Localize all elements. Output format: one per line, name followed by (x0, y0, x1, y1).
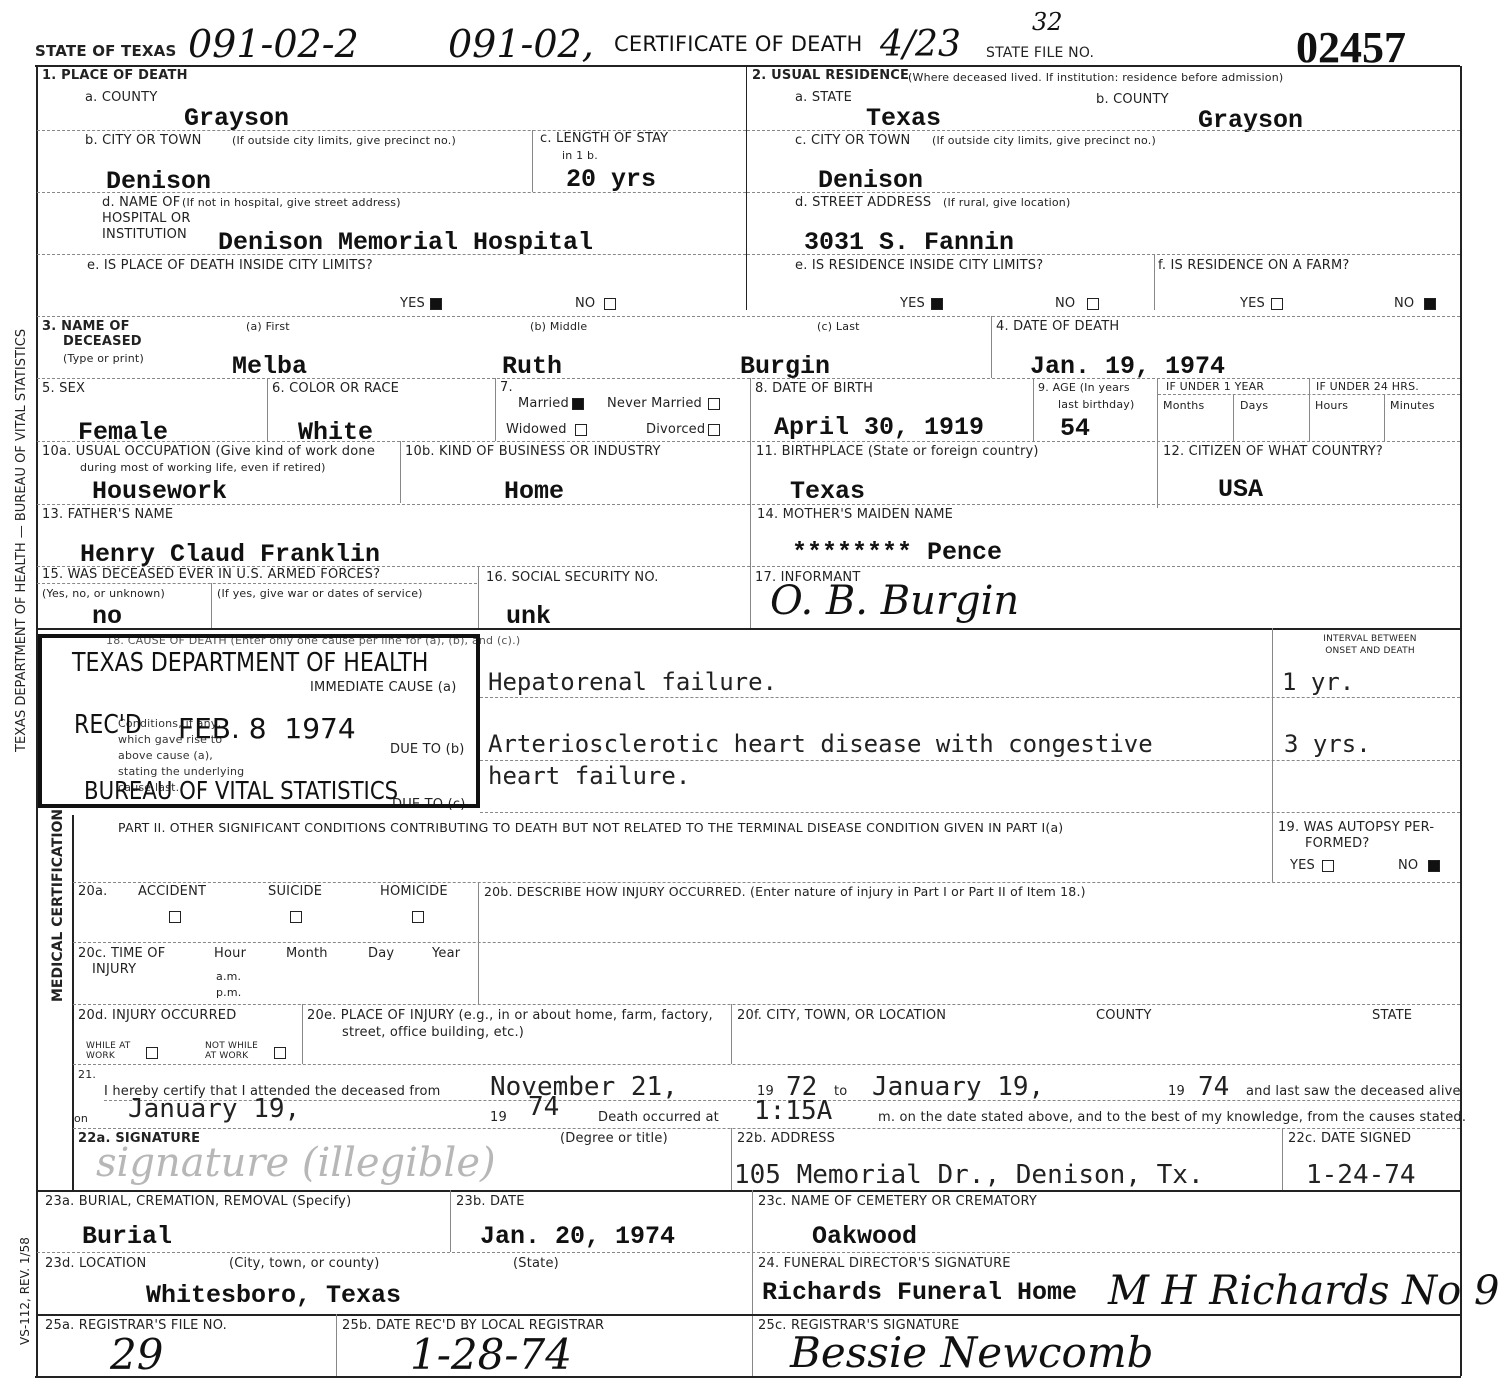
middle-name-value[interactable]: Ruth (502, 352, 562, 381)
registrar-date-value[interactable]: 1-28-74 (410, 1330, 572, 1379)
birthplace-value[interactable]: Texas (790, 477, 865, 506)
sex-value[interactable]: Female (78, 418, 168, 447)
race-label: 6. COLOR OR RACE (272, 381, 399, 396)
citizen-label: 12. CITIZEN OF WHAT COUNTRY? (1163, 444, 1383, 459)
mother-label: 14. MOTHER'S MAIDEN NAME (757, 507, 953, 522)
autopsy-no-checkbox[interactable] (1428, 860, 1440, 872)
time-injury-label: 20c. TIME OF (78, 946, 165, 961)
age-label: 9. AGE (In years (1038, 381, 1130, 394)
due-to-b-interval[interactable]: 3 yrs. (1284, 730, 1371, 758)
injury-county-label: COUNTY (1096, 1008, 1152, 1023)
degree-label: (Degree or title) (560, 1131, 668, 1146)
never-married-checkbox[interactable] (708, 398, 720, 410)
stamp-line-3: BUREAU OF VITAL STATISTICS (84, 776, 398, 805)
widowed-label: Widowed (506, 422, 567, 437)
never-married-label: Never Married (607, 396, 702, 411)
cemetery-label: 23c. NAME OF CEMETERY OR CREMATORY (758, 1194, 1037, 1209)
stay-label: c. LENGTH OF STAY (540, 131, 668, 146)
divorced-label: Divorced (646, 422, 705, 437)
informant-signature[interactable]: O. B. Burgin (770, 578, 1019, 624)
place-of-death-heading: 1. PLACE OF DEATH (42, 68, 188, 83)
under-year-label: IF UNDER 1 YEAR (1166, 380, 1264, 393)
middle-name-label: (b) Middle (530, 320, 587, 333)
inside-limits-label: e. IS PLACE OF DEATH INSIDE CITY LIMITS? (87, 258, 373, 273)
accident-checkbox[interactable] (169, 911, 181, 923)
burial-label: 23a. BURIAL, CREMATION, REMOVAL (Specify… (45, 1194, 351, 1209)
stamp-received: REC'D (74, 710, 142, 740)
armed-forces-label: 15. WAS DECEASED EVER IN U.S. ARMED FORC… (42, 567, 380, 582)
res-inside-no-checkbox[interactable] (1087, 298, 1099, 310)
yes-label: YES (900, 296, 925, 311)
mother-value[interactable]: ******** Pence (792, 538, 1002, 567)
burial-location-value[interactable]: Whitesboro, Texas (146, 1281, 401, 1310)
autopsy-label: 19. WAS AUTOPSY PER- (1278, 820, 1434, 835)
pm-label: p.m. (216, 986, 242, 999)
hospital-note: (If not in hospital, give street address… (182, 196, 401, 209)
location-label: 23d. LOCATION (45, 1256, 146, 1271)
to-word: to (834, 1084, 847, 1099)
year-label: Year (432, 946, 460, 961)
occupation-value[interactable]: Housework (92, 477, 227, 506)
received-stamp: TEXAS DEPARTMENT OF HEALTH REC'D FEB. 8 … (38, 634, 480, 808)
armed-note-2: (If yes, give war or dates of service) (217, 587, 423, 600)
married-label: Married (518, 396, 569, 411)
first-name-label: (a) First (246, 320, 290, 333)
physician-address[interactable]: 105 Memorial Dr., Denison, Tx. (734, 1160, 1204, 1190)
months-label: Months (1163, 399, 1204, 412)
inside-limits-yes-checkbox[interactable] (430, 298, 442, 310)
attended-to-date[interactable]: January 19, (872, 1072, 1044, 1102)
handwritten-date: 4/23 (880, 24, 961, 65)
occupation-label: 10a. USUAL OCCUPATION (Give kind of work… (42, 444, 375, 459)
attended-to-year[interactable]: 74 (1198, 1072, 1229, 1102)
ssn-label: 16. SOCIAL SECURITY NO. (486, 570, 659, 585)
describe-injury-label: 20b. DESCRIBE HOW INJURY OCCURRED. (Ente… (484, 884, 1086, 899)
at-work-checkbox[interactable] (146, 1047, 158, 1059)
yes-label: YES (400, 296, 425, 311)
no-label: NO (1394, 296, 1414, 311)
cert-number: 21. (78, 1068, 96, 1081)
date-of-death-value[interactable]: Jan. 19, 1974 (1030, 352, 1225, 381)
last-name-value[interactable]: Burgin (740, 352, 830, 381)
cemetery-value[interactable]: Oakwood (812, 1222, 917, 1251)
name-label: 3. NAME OF (42, 319, 130, 334)
place-injury-label: 20e. PLACE OF INJURY (e.g., in or about … (307, 1008, 713, 1023)
name-note: (Type or print) (63, 352, 144, 365)
certificate-title: CERTIFICATE OF DEATH (614, 32, 863, 56)
date-signed-value[interactable]: 1-24-74 (1306, 1160, 1416, 1190)
divorced-checkbox[interactable] (708, 424, 720, 436)
sex-label: 5. SEX (42, 381, 85, 396)
county-label: a. COUNTY (85, 90, 157, 105)
inside-limits-no-checkbox[interactable] (604, 298, 616, 310)
at-work-label: WHILE AT WORK (86, 1041, 142, 1061)
stay-note: in 1 b. (562, 149, 598, 162)
disposition-date-value[interactable]: Jan. 20, 1974 (480, 1222, 675, 1251)
business-label: 10b. KIND OF BUSINESS OR INDUSTRY (405, 444, 661, 459)
date-of-death-label: 4. DATE OF DEATH (996, 319, 1119, 334)
funeral-home-value[interactable]: Richards Funeral Home (762, 1278, 1077, 1307)
attended-from-date[interactable]: November 21, (490, 1072, 678, 1102)
first-name-value[interactable]: Melba (232, 352, 307, 381)
time-injury-label-2: INJURY (92, 962, 136, 977)
due-to-b-line2[interactable]: heart failure. (488, 762, 690, 790)
res-state-label: a. STATE (795, 90, 852, 105)
place-injury-note: street, office building, etc.) (342, 1025, 524, 1040)
no-label: NO (575, 296, 595, 311)
burial-value[interactable]: Burial (82, 1222, 172, 1251)
funeral-director-signature[interactable]: M H Richards No 90 (1108, 1268, 1500, 1314)
business-value[interactable]: Home (504, 477, 564, 506)
city-note: (If outside city limits, give precinct n… (232, 134, 456, 147)
immediate-interval-value[interactable]: 1 yr. (1282, 668, 1354, 696)
last-seen-date[interactable]: January 19, (128, 1094, 300, 1124)
age-value[interactable]: 54 (1060, 414, 1090, 443)
not-at-work-label: NOT WHILE AT WORK (205, 1041, 271, 1061)
occupation-note: during most of working life, even if ret… (80, 461, 326, 474)
interval-label: INTERVAL BETWEEN ONSET AND DEATH (1310, 633, 1430, 657)
registrar-file-value[interactable]: 29 (110, 1330, 163, 1379)
farm-label: f. IS RESIDENCE ON A FARM? (1158, 258, 1349, 273)
yes-label: YES (1290, 858, 1315, 873)
label-20a: 20a. (78, 884, 107, 899)
day-label: Day (368, 946, 394, 961)
injury-state-label: STATE (1372, 1008, 1412, 1023)
days-label: Days (1240, 399, 1268, 412)
cert-text-2: and last saw the deceased alive (1246, 1084, 1461, 1099)
residence-note: (Where deceased lived. If institution: r… (908, 71, 1283, 84)
name-label-2: DECEASED (63, 334, 142, 349)
due-to-b-line1[interactable]: Arteriosclerotic heart disease with cong… (488, 730, 1153, 758)
ssn-value[interactable]: unk (506, 602, 551, 631)
res-city-value[interactable]: Denison (818, 166, 923, 195)
not-at-work-checkbox[interactable] (274, 1047, 286, 1059)
age-label-2: last birthday) (1058, 398, 1135, 411)
race-value[interactable]: White (298, 418, 373, 447)
hospital-value[interactable]: Denison Memorial Hospital (218, 228, 593, 257)
homicide-checkbox[interactable] (412, 911, 424, 923)
stamp-date: FEB. 8 1974 (178, 712, 356, 745)
suicide-label: SUICIDE (268, 884, 322, 899)
injury-location-label: 20f. CITY, TOWN, OR LOCATION (737, 1008, 946, 1023)
immediate-cause-value[interactable]: Hepatorenal failure. (488, 668, 777, 696)
registrar-signature[interactable]: Bessie Newcomb (790, 1328, 1154, 1377)
city-label: b. CITY OR TOWN (85, 133, 202, 148)
under-day-label: IF UNDER 24 HRS. (1316, 380, 1419, 393)
hours-label: Hours (1315, 399, 1348, 412)
hour-label: Hour (214, 946, 246, 961)
street-value[interactable]: 3031 S. Fannin (804, 228, 1014, 257)
dob-label: 8. DATE OF BIRTH (755, 381, 873, 396)
autopsy-label-2: FORMED? (1305, 836, 1369, 851)
cert-text-3: m. on the date stated above, and to the … (878, 1110, 1466, 1125)
disposition-date-label: 23b. DATE (456, 1194, 525, 1209)
hospital-label-3: INSTITUTION (102, 227, 187, 242)
hospital-label-2: HOSPITAL OR (102, 211, 191, 226)
hospital-label: d. NAME OF (102, 195, 180, 210)
homicide-label: HOMICIDE (380, 884, 448, 899)
birthplace-label: 11. BIRTHPLACE (State or foreign country… (756, 444, 1039, 459)
armed-note-1: (Yes, no, or unknown) (42, 587, 165, 600)
funeral-director-label: 24. FUNERAL DIRECTOR'S SIGNATURE (758, 1256, 1011, 1271)
physician-signature[interactable]: signature (illegible) (96, 1140, 496, 1186)
father-label: 13. FATHER'S NAME (42, 507, 173, 522)
last-name-label: (c) Last (817, 320, 860, 333)
father-value[interactable]: Henry Claud Franklin (80, 540, 380, 569)
location-state-note: (State) (513, 1256, 559, 1271)
minutes-label: Minutes (1390, 399, 1435, 412)
res-city-label: c. CITY OR TOWN (795, 133, 911, 148)
residence-heading: 2. USUAL RESIDENCE (752, 68, 909, 83)
margin-side-text: TEXAS DEPARTMENT OF HEALTH — BUREAU OF V… (14, 329, 29, 752)
marital-label: 7. (500, 380, 513, 395)
length-of-stay-value[interactable]: 20 yrs (566, 165, 656, 194)
state-file-label: STATE FILE NO. (986, 45, 1094, 61)
time-of-death[interactable]: 1:15A (754, 1096, 832, 1126)
res-city-note: (If outside city limits, give precinct n… (932, 134, 1156, 147)
res-county-label: b. COUNTY (1096, 92, 1169, 107)
widowed-checkbox[interactable] (575, 424, 587, 436)
no-label: NO (1398, 858, 1418, 873)
yes-label: YES (1240, 296, 1265, 311)
form-number: VS-112, REV. 1/58 (18, 1237, 32, 1345)
res-inside-yes-checkbox[interactable] (931, 298, 943, 310)
medical-certification-label: MEDICAL CERTIFICATION (50, 809, 66, 1002)
no-label: NO (1055, 296, 1075, 311)
handwritten-code-2: 091-02, (448, 22, 594, 66)
state-label: STATE OF TEXAS (35, 42, 177, 60)
handwritten-code-1: 091-02-2 (188, 22, 359, 66)
res-state-value[interactable]: Texas (866, 104, 941, 133)
autopsy-yes-checkbox[interactable] (1322, 860, 1334, 872)
accident-label: ACCIDENT (138, 884, 206, 899)
farm-yes-checkbox[interactable] (1271, 298, 1283, 310)
death-occurred-label: Death occurred at (598, 1110, 719, 1125)
location-note: (City, town, or county) (229, 1256, 379, 1271)
address-label: 22b. ADDRESS (737, 1131, 835, 1146)
street-label: d. STREET ADDRESS (795, 195, 931, 210)
on-word: on (74, 1112, 88, 1125)
month-label: Month (286, 946, 328, 961)
stamp-line-1: TEXAS DEPARTMENT OF HEALTH (72, 648, 428, 678)
street-note: (If rural, give location) (943, 196, 1070, 209)
part2-label: PART II. OTHER SIGNIFICANT CONDITIONS CO… (118, 820, 1063, 835)
married-checkbox[interactable] (572, 398, 584, 410)
nineteen-prefix: 19 (1168, 1084, 1185, 1099)
armed-forces-value[interactable]: no (92, 602, 122, 631)
farm-no-checkbox[interactable] (1424, 298, 1436, 310)
am-label: a.m. (216, 970, 241, 983)
injury-occurred-label: 20d. INJURY OCCURRED (78, 1008, 236, 1023)
handwritten-note: 32 (1032, 8, 1063, 36)
last-seen-year[interactable]: 74 (528, 1092, 559, 1122)
nineteen-prefix: 19 (490, 1110, 507, 1125)
death-county-value[interactable]: Grayson (184, 104, 289, 133)
dob-value[interactable]: April 30, 1919 (774, 413, 984, 442)
citizen-value[interactable]: USA (1218, 475, 1263, 504)
res-inside-limits-label: e. IS RESIDENCE INSIDE CITY LIMITS? (795, 258, 1043, 273)
suicide-checkbox[interactable] (290, 911, 302, 923)
date-signed-label: 22c. DATE SIGNED (1288, 1131, 1411, 1146)
